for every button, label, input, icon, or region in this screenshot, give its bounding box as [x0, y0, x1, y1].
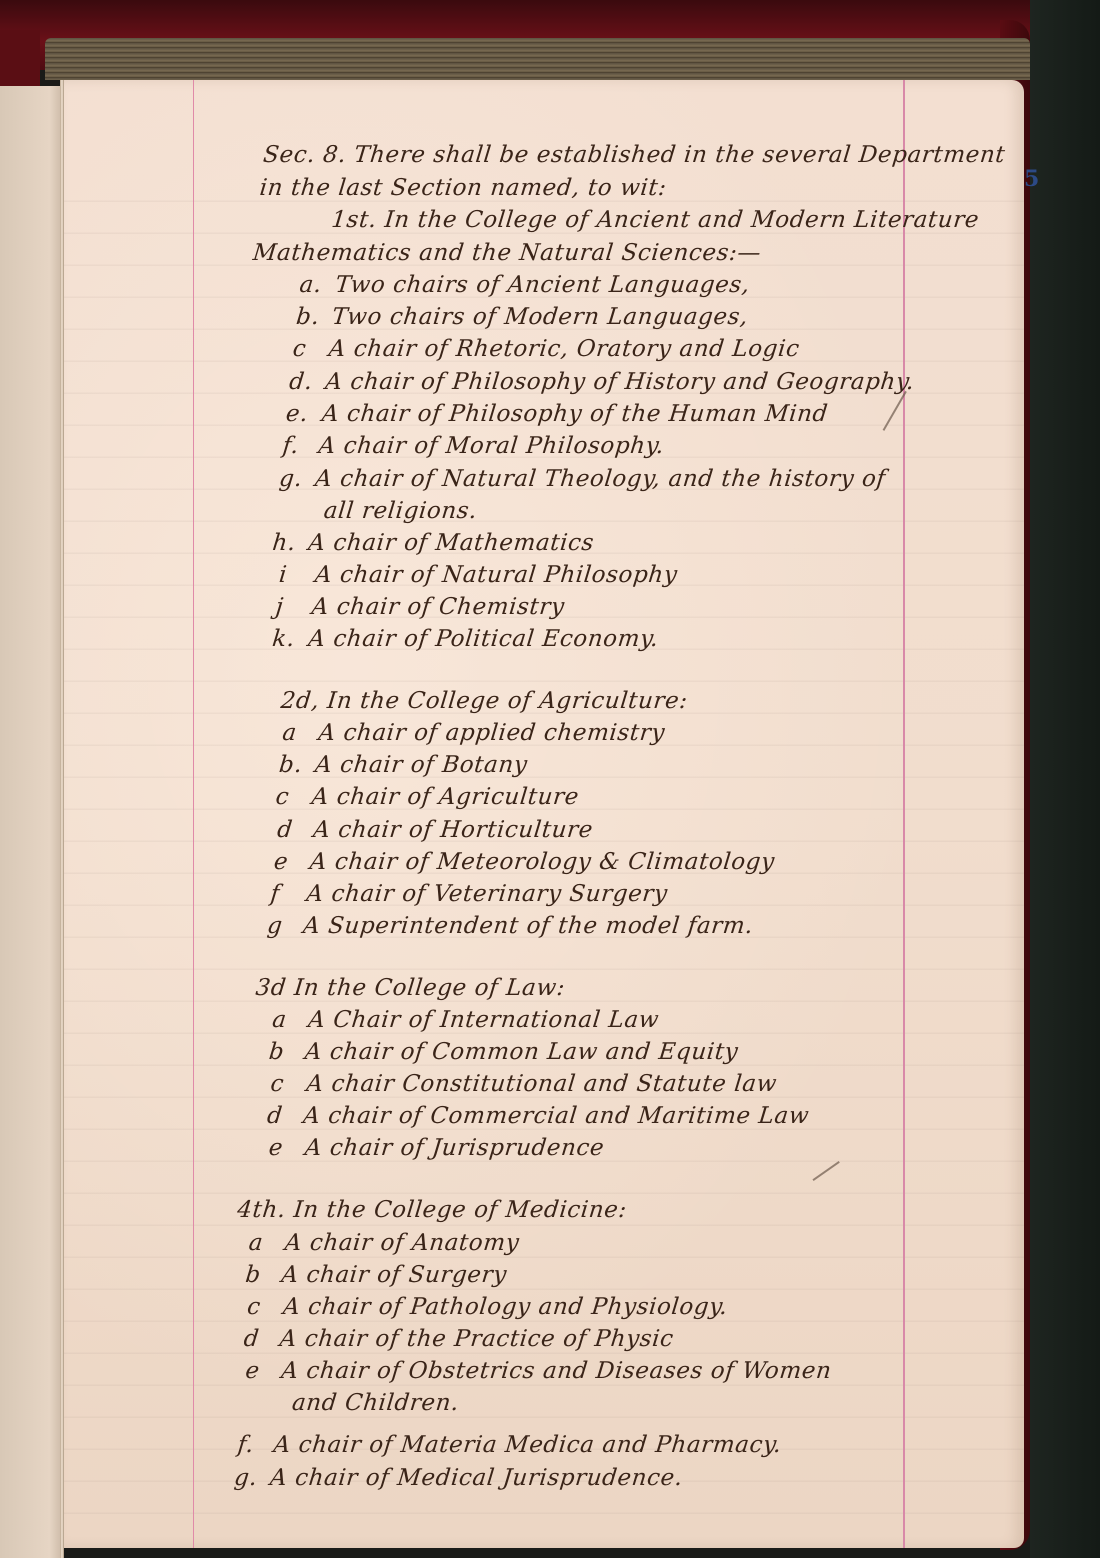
handwritten-text: Sec. 8. There shall be established in th… [0, 80, 1100, 1548]
college-1-intro: 1st. In the College of Ancient and Moder… [330, 207, 980, 233]
list-item: e A chair of Obstetrics and Diseases of … [244, 1358, 833, 1384]
list-item: b. A chair of Botany [278, 752, 529, 778]
list-item-continuation: and Children. [291, 1390, 461, 1416]
ledger-page: 5 Sec. 8. There shall be established in … [64, 80, 1024, 1548]
list-item: a A chair of applied chemistry [281, 720, 666, 746]
section-heading-line-1: Sec. 8. There shall be established in th… [262, 142, 1007, 168]
list-item: d A chair of the Practice of Physic [242, 1326, 675, 1352]
list-item: c A chair of Rhetoric, Oratory and Logic [292, 336, 801, 362]
college-3-intro: 3d In the College of Law: [254, 975, 566, 1001]
list-item-continuation: all religions. [322, 498, 478, 524]
list-item: g. A chair of Natural Theology, and the … [278, 466, 887, 492]
list-item: f. A chair of Materia Medica and Pharmac… [236, 1432, 783, 1458]
list-item: c A chair Constitutional and Statute law [269, 1071, 778, 1097]
list-item: f A chair of Veterinary Surgery [269, 881, 669, 907]
list-item: a A chair of Anatomy [248, 1230, 521, 1256]
page-edges [45, 38, 1030, 80]
list-item: g A Superintendent of the model farm. [266, 913, 755, 939]
college-2-intro: 2d, In the College of Agriculture: [280, 688, 690, 714]
list-item: b A chair of Common Law and Equity [268, 1039, 740, 1065]
list-item: i A chair of Natural Philosophy [278, 562, 679, 588]
list-item: a A Chair of International Law [271, 1007, 660, 1033]
list-item: c A chair of Pathology and Physiology. [246, 1294, 729, 1320]
list-item: d. A chair of Philosophy of History and … [288, 369, 916, 395]
list-item: g. A chair of Medical Jurisprudence. [233, 1465, 684, 1491]
list-item: b A chair of Surgery [244, 1262, 508, 1288]
section-heading-line-2: in the last Section named, to wit: [258, 175, 668, 201]
book-cover-corner [0, 30, 40, 90]
list-item: e. A chair of Philosophy of the Human Mi… [285, 401, 830, 427]
list-item: e A chair of Meteorology & Climatology [273, 849, 776, 875]
list-item: d A chair of Commercial and Maritime Law [266, 1103, 811, 1129]
list-item: f. A chair of Moral Philosophy. [281, 433, 665, 459]
college-4-intro: 4th. In the College of Medicine: [236, 1197, 628, 1223]
list-item: b. Two chairs of Modern Languages, [295, 304, 750, 330]
list-item: j A chair of Chemistry [274, 594, 566, 620]
list-item: e A chair of Jurisprudence [268, 1135, 606, 1161]
list-item: k. A chair of Political Economy. [271, 626, 660, 652]
list-item: a. Two chairs of Ancient Languages, [298, 272, 751, 298]
list-item: c A chair of Agriculture [274, 784, 580, 810]
list-item: h. A chair of Mathematics [271, 530, 595, 556]
list-item: d A chair of Horticulture [276, 817, 594, 843]
college-1-intro-cont: Mathematics and the Natural Sciences:— [252, 240, 763, 266]
